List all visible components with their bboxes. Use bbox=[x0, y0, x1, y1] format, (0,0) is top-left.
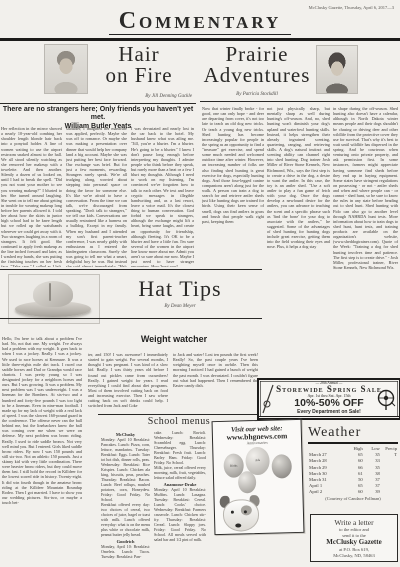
prairie-byline: By Patricia Stockdill bbox=[202, 92, 312, 97]
prairie-title-line2: Adventures bbox=[202, 65, 312, 86]
letterbox-line5: McClusky, ND, 58463 bbox=[311, 553, 397, 559]
fishing-rod-icon bbox=[261, 384, 275, 414]
menu-text-goodrich-cont: cake. Lunch: Ravioli. Wednesday: Breakfa… bbox=[154, 430, 206, 465]
hair-rule bbox=[0, 103, 196, 104]
hat-tips-column-2: ter, and 150! I was awesome! I immediate… bbox=[88, 352, 168, 412]
hat-crown-shape bbox=[33, 281, 73, 307]
balloon-graphic-4 bbox=[238, 471, 257, 493]
prairie-rule bbox=[200, 101, 400, 102]
school-menus-rule bbox=[98, 414, 260, 415]
letterbox-line1: Write a letter bbox=[311, 518, 397, 527]
hair-byline: By Jill Denning Gackle bbox=[40, 94, 192, 99]
balloon-label-ads: Ads bbox=[246, 458, 270, 463]
balloon-graphic-5 bbox=[262, 472, 281, 494]
commentary-title-text: Commentary bbox=[109, 8, 292, 35]
letterbox-paper-name: McClusky Gazette bbox=[311, 538, 397, 546]
dog-eye-left bbox=[231, 511, 234, 514]
balloon-label-births: Births bbox=[224, 463, 244, 468]
hair-column-2: shoulder, I imagined her manicure was ap… bbox=[66, 126, 127, 267]
weather-title: Weather bbox=[308, 425, 398, 441]
prairie-column-3: in shape during the off-season. Shed hun… bbox=[333, 106, 398, 376]
school-menus-column-1: McClusky Monday: April 10 Breakfast: Pan… bbox=[101, 430, 150, 563]
weight-watcher-headline: Weight watcher bbox=[86, 334, 262, 344]
author-photo-patricia bbox=[316, 45, 358, 94]
section-divider-bar bbox=[0, 38, 400, 41]
hat-tips-column-3: to Jack and water! Lost ten pounds the f… bbox=[173, 352, 258, 412]
hair-column-3: I was devastated and nearly lost in the … bbox=[131, 126, 194, 267]
author-photo-jill bbox=[44, 44, 88, 94]
hair-on-fire-title: Hair on Fire bbox=[86, 44, 192, 86]
hat-tips-column-1: Hello, I'm here to talk about a problem … bbox=[2, 336, 82, 562]
hat-tips-top-rule bbox=[0, 269, 262, 270]
weather-title-rule bbox=[308, 442, 398, 444]
page-section-title: Commentary bbox=[0, 8, 400, 35]
hat-tips-byline: By Dean Meyer bbox=[98, 304, 262, 309]
cowboy-hat-photo bbox=[8, 274, 100, 324]
weather-rows: March 27 65 35 T March 28 60 33 March 29 bbox=[308, 452, 398, 495]
dog-head bbox=[223, 499, 260, 532]
weather-courtesy-line: (Courtesy of Candace Pollman) bbox=[308, 496, 398, 501]
school-menus-column-2: cake. Lunch: Ravioli. Wednesday: Breakfa… bbox=[154, 430, 206, 563]
hat-crease-shape bbox=[49, 283, 51, 301]
hat-tips-rule bbox=[0, 318, 262, 319]
website-balloon-ad: Visit our web site: www.bhgnews.com Anni… bbox=[212, 419, 305, 535]
hat-tips-title: Hat Tips bbox=[98, 276, 262, 302]
hair-title-line2: on Fire bbox=[86, 65, 192, 86]
hair-column-1: Her reflection in the mirror showed a ne… bbox=[1, 126, 62, 267]
prairie-column-1: Now that winter finally broke - for good… bbox=[202, 106, 264, 267]
dog-eye-right bbox=[244, 510, 247, 513]
menu-text-mcclusky: Monday: April 10 Breakfast: Pancakes. Lu… bbox=[101, 437, 150, 502]
spring-sale-ad: — 28th Annual — Storewide Spring Sale Ap… bbox=[257, 378, 400, 420]
menu-note-mcclusky: Breakfast offered every day: two choices… bbox=[101, 502, 150, 537]
prairie-column-2: not just physically sharp, but mentally … bbox=[267, 106, 330, 376]
weather-table: High Low Precip March 27 65 35 T March 2… bbox=[308, 446, 398, 501]
menu-note-goodrich: Milk, juice, cereal offered every mornin… bbox=[154, 465, 206, 480]
newspaper-page: McClusky Gazette, Thursday, April 6, 201… bbox=[0, 0, 400, 567]
prairie-title-line1: Prairie bbox=[202, 44, 312, 65]
letter-to-editor-box: Write a letter to the editor and send it… bbox=[310, 514, 398, 562]
hair-headline-line1: There are no strangers here; Only friend… bbox=[0, 106, 196, 123]
fishing-reel-icon bbox=[376, 388, 396, 412]
hair-title-line1: Hair bbox=[86, 44, 192, 65]
menu-text-goodrich: Monday, April 10: Breakfast: Omelets. Lu… bbox=[101, 544, 150, 559]
prairie-adventures-title: Prairie Adventures bbox=[202, 44, 312, 86]
menu-text-anamoose-drake: Monday: April 10 Breakfast: Muffins. Lun… bbox=[154, 487, 206, 542]
